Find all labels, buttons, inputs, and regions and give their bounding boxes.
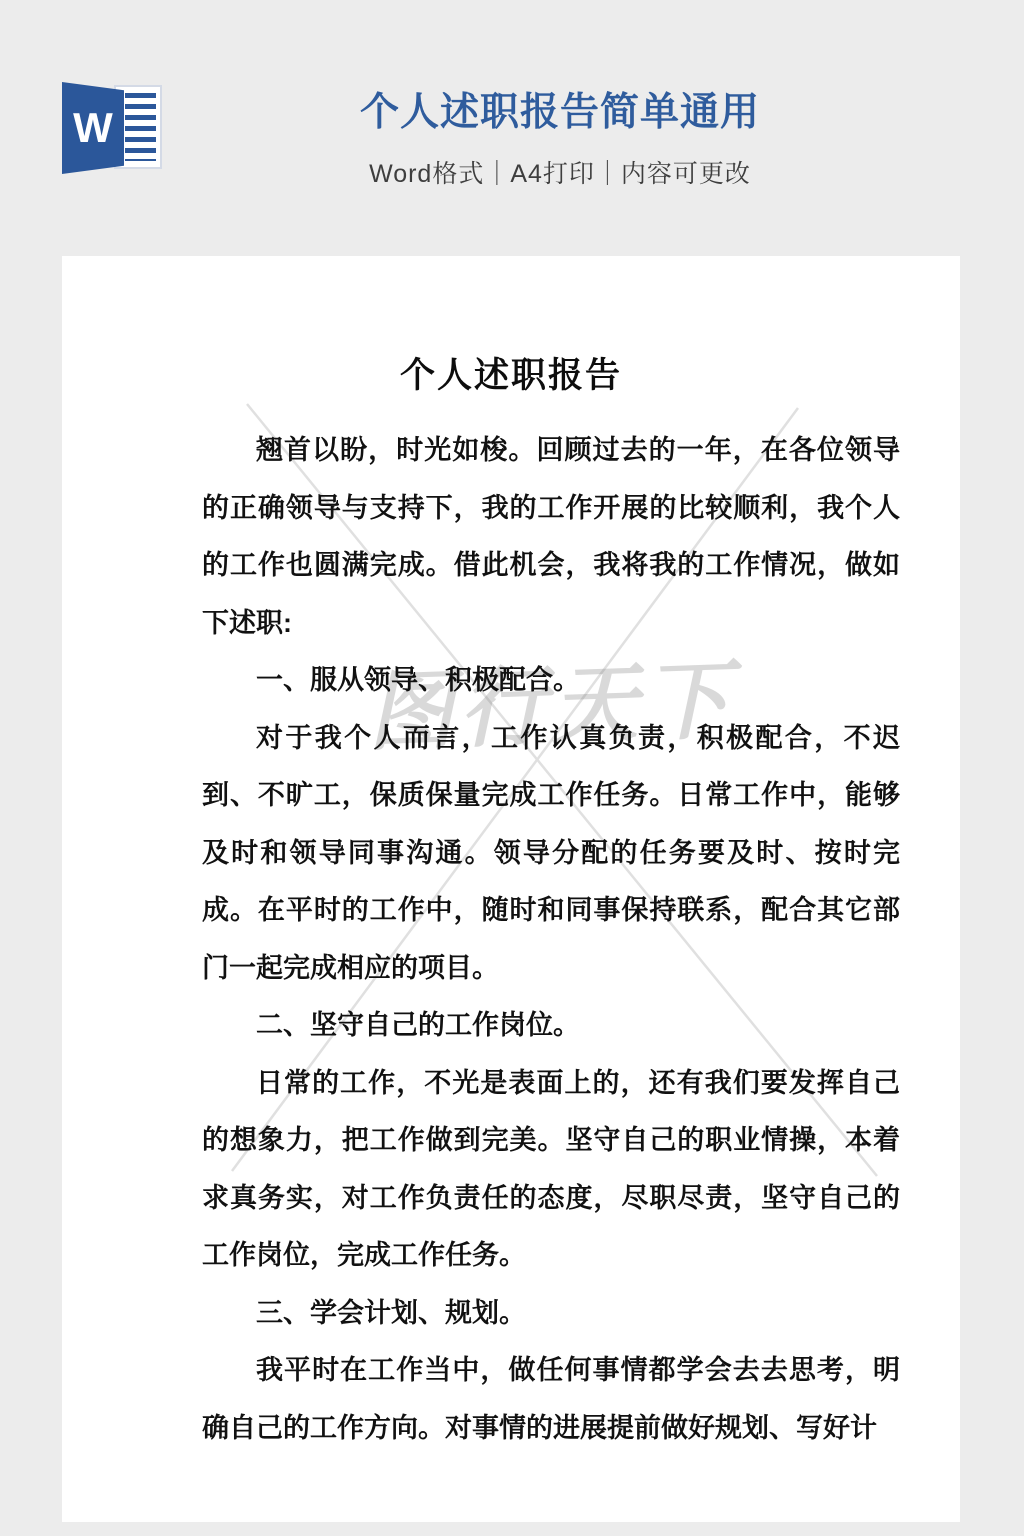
paragraph-heading-2: 二、坚守自己的工作岗位。 <box>202 997 900 1055</box>
document-title: 个人述职报告 <box>62 352 960 400</box>
header-text-block: 个人述职报告简单通用 Word格式｜A4打印｜内容可更改 <box>96 90 1024 190</box>
template-subtitle: Word格式｜A4打印｜内容可更改 <box>96 154 1024 190</box>
preview-header: W 个人述职报告简单通用 Word格式｜A4打印｜内容可更改 <box>0 0 1024 256</box>
paragraph-section-3: 我平时在工作当中，做任何事情都学会去去思考，明确自己的工作方向。对事情的进展提前… <box>202 1342 900 1457</box>
page-background: { "header": { "title": "个人述职报告简单通用", "su… <box>0 0 1024 1536</box>
document-body: 翘首以盼，时光如梭。回顾过去的一年，在各位领导的正确领导与支持下，我的工作开展的… <box>62 422 960 1457</box>
paragraph-section-2: 日常的工作，不光是表面上的，还有我们要发挥自己的想象力，把工作做到完美。坚守自己… <box>202 1055 900 1285</box>
paragraph-heading-3: 三、学会计划、规划。 <box>202 1285 900 1343</box>
paragraph-heading-1: 一、服从领导、积极配合。 <box>202 652 900 710</box>
template-title: 个人述职报告简单通用 <box>96 90 1024 136</box>
paragraph-section-1: 对于我个人而言，工作认真负责，积极配合，不迟到、不旷工，保质保量完成工作任务。日… <box>202 710 900 998</box>
paragraph-intro: 翘首以盼，时光如梭。回顾过去的一年，在各位领导的正确领导与支持下，我的工作开展的… <box>202 422 900 652</box>
document-page: 图行天下 个人述职报告 翘首以盼，时光如梭。回顾过去的一年，在各位领导的正确领导… <box>62 256 960 1522</box>
